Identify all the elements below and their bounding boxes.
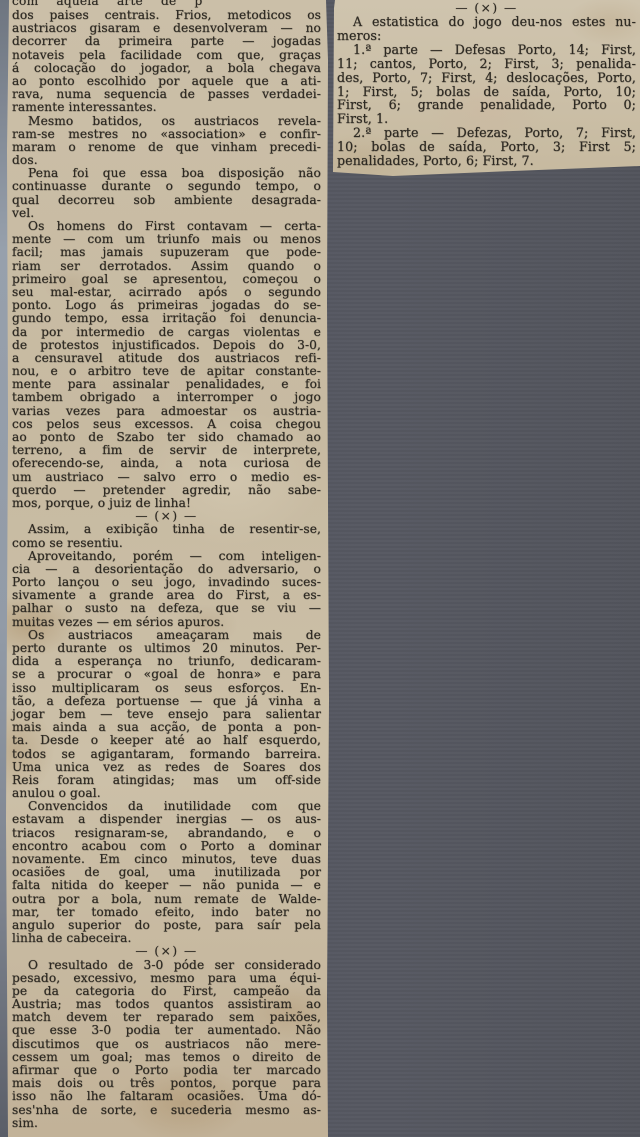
text-line: mar, ter tomado efeito, indo bater no	[12, 906, 321, 919]
text-line: First, 1.	[337, 112, 636, 126]
text-line: riam ser derrotados. Assim quando o	[12, 260, 321, 273]
text-line: como se resentiu.	[12, 537, 321, 550]
text-line: que esse 3-0 podia ter aumentado. Não	[12, 1024, 321, 1037]
paragraph: Mesmo batidos, os austriacos revela-ram-…	[12, 115, 321, 168]
text-line: 1; First, 5; bolas de saída, Porto, 10;	[337, 85, 636, 99]
text-line: isso multiplicaram os seus esforços. En-	[12, 682, 321, 695]
text-line: Assim, a exibição tinha de resentir-se,	[12, 523, 321, 536]
text-line: da por intermedio de cargas violentas e	[12, 326, 321, 339]
text-line: de protestos injustificados. Depois do 3…	[12, 339, 321, 352]
text-line: muitas vezes — em sérios apuros.	[12, 616, 321, 629]
text-line: tão, a defeza portuense — que já vinha a	[12, 695, 321, 708]
text-line: á colocação do jogador, a bola chegava	[12, 62, 321, 75]
text-line: tambem obrigado a interromper o jogo	[12, 391, 321, 404]
left-newspaper-clipping: com aquela arte de p dos paises centrais…	[6, 0, 330, 1137]
text-line: penalidades, Porto, 6; First, 7.	[337, 154, 636, 168]
paragraph: Os austriacos ameaçaram mais deperto dur…	[12, 629, 321, 800]
text-line: 1.ª parte — Defesas Porto, 14; First,	[337, 43, 636, 57]
cut-off-line-text: com aquela arte de p	[12, 0, 321, 8]
text-line: First, 6; grande penalidade, Porto 0;	[337, 98, 636, 112]
text-line: meros:	[337, 29, 636, 43]
paragraph: Os homens do First contavam — certa-ment…	[12, 220, 321, 510]
section-divider: — (×) —	[12, 945, 321, 958]
text-line: primeiro goal se apresentou, começou o	[12, 273, 321, 286]
text-line: ses'nha de sorte, e sucederia mesmo as-	[12, 1104, 321, 1117]
text-line: todos se agigantaram, formando barreira.	[12, 748, 321, 761]
text-line: querdo — pretender agredir, não sabe-	[12, 484, 321, 497]
right-newspaper-clipping: — (×) —A estatistica do jogo deu-nos est…	[333, 0, 640, 178]
paragraph: 2.ª parte — Defezas, Porto, 7; First,10;…	[337, 126, 636, 168]
text-line: ramente interessantes.	[12, 101, 321, 114]
text-line: falta nitida do keeper — não punida — e	[12, 879, 321, 892]
text-line: varias vezes para admoestar os austria-	[12, 405, 321, 418]
text-line: sim.	[12, 1117, 321, 1130]
left-column-text: dos paises centrais. Frios, metodicos os…	[6, 9, 329, 1130]
paragraph: 1.ª parte — Defesas Porto, 14; First,11;…	[337, 43, 636, 126]
text-line: qual decorreu sob ambiente desagrada-	[12, 194, 321, 207]
text-line: palhar o susto na defeza, que se viu —	[12, 602, 321, 615]
paragraph: A estatistica do jogo deu-nos estes nu-m…	[337, 15, 636, 43]
text-line: gundo tempo, essa irritação foi denuncia…	[12, 312, 321, 325]
text-line: ta. Desde o keeper até ao half esquerdo,	[12, 734, 321, 747]
paragraph: Assim, a exibição tinha de resentir-se,c…	[12, 523, 321, 549]
text-line: um austriaco — salvo erro o medio es-	[12, 471, 321, 484]
paragraph: Convencidos da inutilidade com queestava…	[12, 800, 321, 945]
text-line: outra por a bola, num remate de Walde-	[12, 893, 321, 906]
text-line: facil; mas jamais supuzeram que pode-	[12, 246, 321, 259]
text-line: triacos resignaram-se, abrandando, e o	[12, 827, 321, 840]
text-line: estavam a dispender inergias — os aus-	[12, 813, 321, 826]
scanned-newspaper-page: { "scan": { "background_color": "#54565e…	[0, 0, 640, 1137]
text-line: se a procurar o «goal de honra» e para	[12, 668, 321, 681]
text-line: Mesmo batidos, os austriacos revela-	[12, 115, 321, 128]
paragraph: Pena foi que essa boa disposição nãocont…	[12, 167, 321, 220]
paragraph: dos paises centrais. Frios, metodicos os…	[12, 9, 321, 115]
text-line: Aproveitando, porém — com inteligen-	[12, 550, 321, 563]
text-line: 10; bolas de saída, Porto, 3; First 5;	[337, 140, 636, 154]
text-line: discutimos que os austriacos não mere-	[12, 1038, 321, 1051]
text-line: A estatistica do jogo deu-nos estes nu-	[337, 15, 636, 29]
right-column-text: — (×) —A estatistica do jogo deu-nos est…	[333, 0, 640, 168]
paragraph: O resultado de 3-0 póde ser consideradop…	[12, 959, 321, 1130]
text-line: des, Porto, 7; First, 4; deslocações, Po…	[337, 71, 636, 85]
text-line: isso não lhe faltaram ocasiões. Uma dó-	[12, 1090, 321, 1103]
paragraph: Aproveitando, porém — com inteligen-cia …	[12, 550, 321, 629]
text-line: 2.ª parte — Defezas, Porto, 7; First,	[337, 126, 636, 140]
text-line: ram-se mestres no «association» e confir…	[12, 128, 321, 141]
text-line: O resultado de 3-0 póde ser considerado	[12, 959, 321, 972]
text-line: decorrer da primeira parte — jogadas	[12, 35, 321, 48]
text-line: continuasse durante o segundo tempo, o	[12, 180, 321, 193]
text-line: maram o renome de que vinham precedi-	[12, 141, 321, 154]
text-line: Uma unica vez as redes de Soares dos	[12, 761, 321, 774]
text-line: notaveis pela facilidade com que, graças	[12, 49, 321, 62]
text-line: 11; cantos, Porto, 2; First, 3; penalida…	[337, 57, 636, 71]
text-line: pesado, excessivo, mesmo para uma équi-	[12, 972, 321, 985]
text-line: oferecendo-se, ainda, a nota curiosa de	[12, 457, 321, 470]
